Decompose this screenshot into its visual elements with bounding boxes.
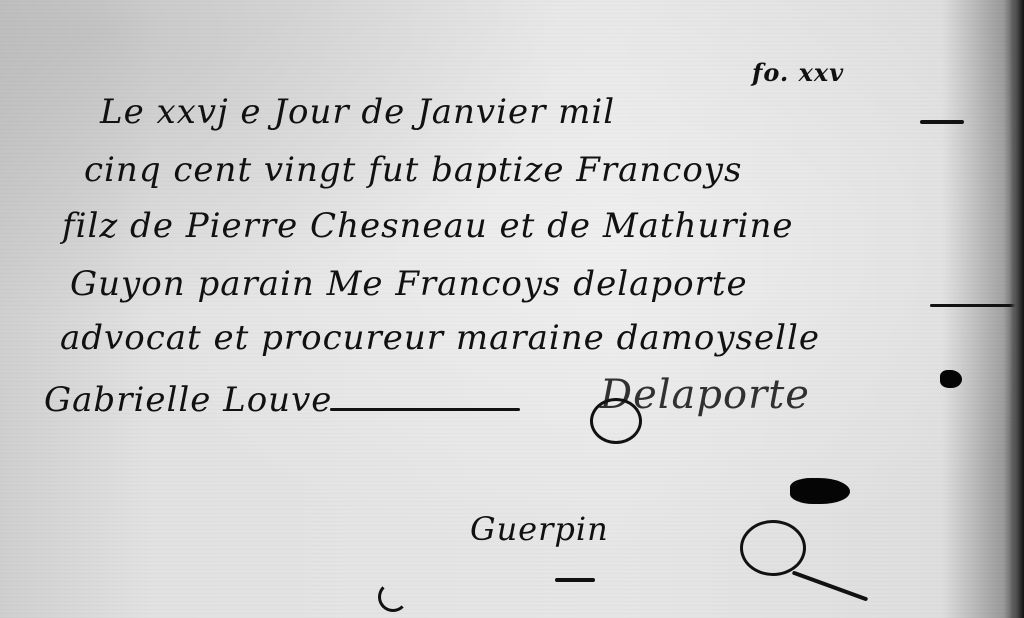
ink-blot-icon bbox=[790, 478, 850, 504]
text-line-4: Guyon parain Me Francoys delaporte bbox=[70, 264, 748, 304]
pen-stroke-dash bbox=[920, 120, 964, 124]
paraph-flourish-icon bbox=[590, 398, 642, 444]
text-line-2: cinq cent vingt fut baptize Francoys bbox=[84, 150, 742, 190]
pen-stroke-small bbox=[555, 578, 595, 582]
text-line-5: advocat et procureur maraine damoyselle bbox=[60, 318, 820, 358]
folio-number: fo. xxv bbox=[752, 58, 844, 87]
signature-guerpin: Guerpin bbox=[470, 510, 609, 548]
pen-stroke-line-6 bbox=[330, 408, 520, 411]
text-line-6: Gabrielle Louve bbox=[44, 380, 332, 420]
crescent-mark-icon bbox=[378, 582, 408, 612]
paraph-loop-icon bbox=[740, 520, 806, 576]
pen-stroke-line-4-tail bbox=[930, 304, 1020, 307]
ink-blot-small-icon bbox=[940, 370, 962, 388]
text-line-1: Le xxvj e Jour de Janvier mil bbox=[100, 92, 615, 132]
book-binding-shadow bbox=[1010, 0, 1024, 618]
pen-stroke-bottom bbox=[792, 570, 869, 601]
document-page: fo. xxv Le xxvj e Jour de Janvier mil ci… bbox=[0, 0, 1024, 618]
text-line-3: filz de Pierre Chesneau et de Mathurine bbox=[62, 206, 794, 246]
